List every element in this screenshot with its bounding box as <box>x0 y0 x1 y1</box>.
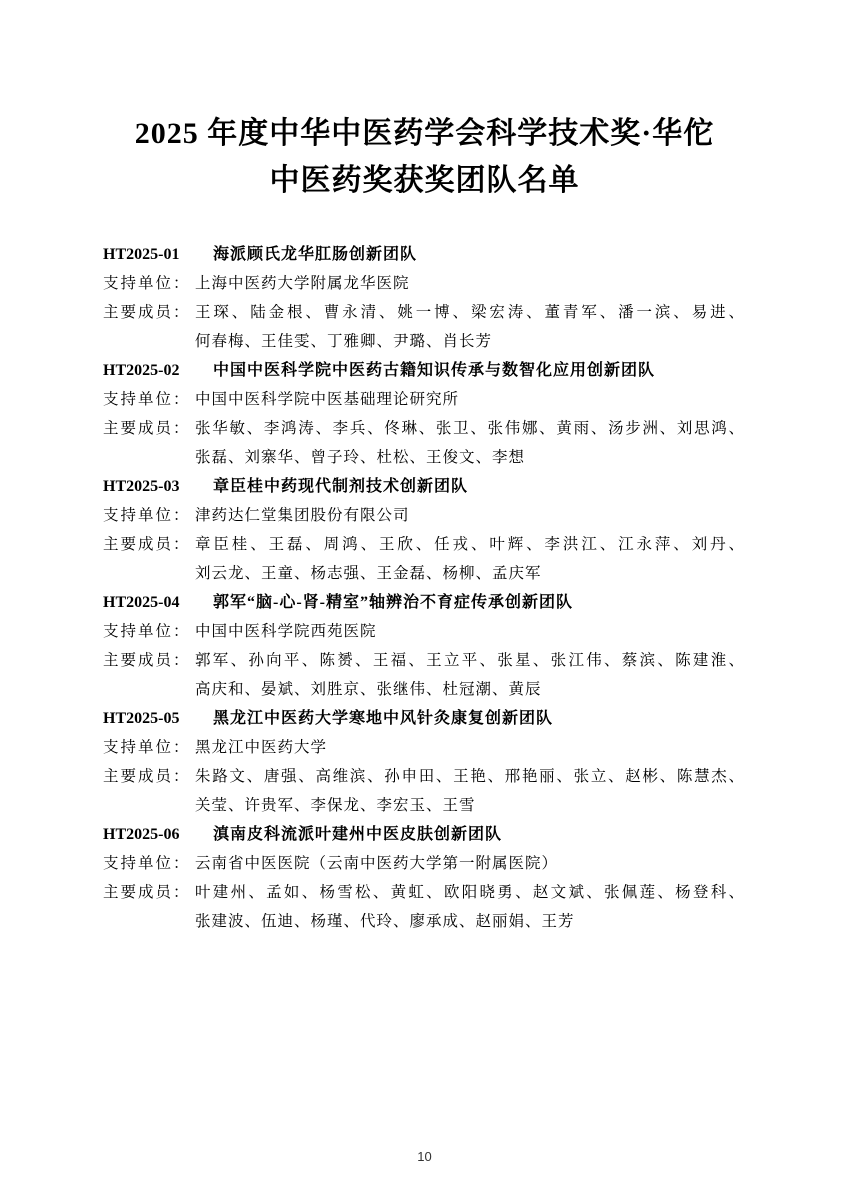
award-entry: HT2025-06 滇南皮科流派叶建州中医皮肤创新团队 支持单位： 云南省中医医… <box>103 820 745 936</box>
members-label: 主要成员： <box>103 530 195 588</box>
entry-team-name: 中国中医科学院中医药古籍知识传承与数智化应用创新团队 <box>213 356 745 385</box>
members-value: 章臣桂、王磊、周鸿、王欣、任戎、叶辉、李洪江、江永萍、刘丹、 刘云龙、王童、杨志… <box>195 530 745 588</box>
members-label: 主要成员： <box>103 878 195 936</box>
support-unit-label: 支持单位： <box>103 501 195 530</box>
support-unit-value: 黑龙江中医药大学 <box>195 733 745 762</box>
members-line-1: 章臣桂、王磊、周鸿、王欣、任戎、叶辉、李洪江、江永萍、刘丹、 <box>195 530 745 559</box>
support-unit-row: 支持单位： 黑龙江中医药大学 <box>103 733 745 762</box>
members-value: 郭军、孙向平、陈赟、王福、王立平、张星、张江伟、蔡滨、陈建淮、 高庆和、晏斌、刘… <box>195 646 745 704</box>
members-label: 主要成员： <box>103 414 195 472</box>
members-line-2: 高庆和、晏斌、刘胜京、张继伟、杜冠潮、黄辰 <box>195 675 745 704</box>
award-entry: HT2025-02 中国中医科学院中医药古籍知识传承与数智化应用创新团队 支持单… <box>103 356 745 472</box>
members-value: 张华敏、李鸿涛、李兵、佟琳、张卫、张伟娜、黄雨、汤步洲、刘思鸿、 张磊、刘寨华、… <box>195 414 745 472</box>
entry-heading: HT2025-04 郭军“脑-心-肾-精室”轴辨治不育症传承创新团队 <box>103 588 745 617</box>
entry-id: HT2025-06 <box>103 820 213 849</box>
support-unit-value: 中国中医科学院中医基础理论研究所 <box>195 385 745 414</box>
entry-id: HT2025-04 <box>103 588 213 617</box>
members-line-2: 何春梅、王佳雯、丁雅卿、尹璐、肖长芳 <box>195 327 745 356</box>
members-value: 朱路文、唐强、高维滨、孙申田、王艳、邢艳丽、张立、赵彬、陈慧杰、 关莹、许贵军、… <box>195 762 745 820</box>
members-line-2: 张磊、刘寨华、曾子玲、杜松、王俊文、李想 <box>195 443 745 472</box>
support-unit-value: 云南省中医医院（云南中医药大学第一附属医院） <box>195 849 745 878</box>
award-list: HT2025-01 海派顾氏龙华肛肠创新团队 支持单位： 上海中医药大学附属龙华… <box>103 240 745 936</box>
support-unit-label: 支持单位： <box>103 849 195 878</box>
members-row: 主要成员： 张华敏、李鸿涛、李兵、佟琳、张卫、张伟娜、黄雨、汤步洲、刘思鸿、 张… <box>103 414 745 472</box>
members-label: 主要成员： <box>103 646 195 704</box>
entry-heading: HT2025-01 海派顾氏龙华肛肠创新团队 <box>103 240 745 269</box>
award-entry: HT2025-05 黑龙江中医药大学寒地中风针灸康复创新团队 支持单位： 黑龙江… <box>103 704 745 820</box>
entry-team-name: 郭军“脑-心-肾-精室”轴辨治不育症传承创新团队 <box>213 588 745 617</box>
members-value: 叶建州、孟如、杨雪松、黄虹、欧阳晓勇、赵文斌、张佩莲、杨登科、 张建波、伍迪、杨… <box>195 878 745 936</box>
entry-heading: HT2025-03 章臣桂中药现代制剂技术创新团队 <box>103 472 745 501</box>
page-number: 10 <box>0 1149 849 1164</box>
support-unit-row: 支持单位： 津药达仁堂集团股份有限公司 <box>103 501 745 530</box>
members-line-2: 刘云龙、王童、杨志强、王金磊、杨柳、孟庆军 <box>195 559 745 588</box>
members-line-1: 王琛、陆金根、曹永清、姚一博、梁宏涛、董青军、潘一滨、易进、 <box>195 298 745 327</box>
support-unit-row: 支持单位： 云南省中医医院（云南中医药大学第一附属医院） <box>103 849 745 878</box>
entry-id: HT2025-01 <box>103 240 213 269</box>
page-title-line-2: 中医药奖获奖团队名单 <box>56 157 793 204</box>
entry-team-name: 黑龙江中医药大学寒地中风针灸康复创新团队 <box>213 704 745 733</box>
support-unit-label: 支持单位： <box>103 269 195 298</box>
members-row: 主要成员： 郭军、孙向平、陈赟、王福、王立平、张星、张江伟、蔡滨、陈建淮、 高庆… <box>103 646 745 704</box>
entry-id: HT2025-05 <box>103 704 213 733</box>
award-entry: HT2025-04 郭军“脑-心-肾-精室”轴辨治不育症传承创新团队 支持单位：… <box>103 588 745 704</box>
award-entry: HT2025-01 海派顾氏龙华肛肠创新团队 支持单位： 上海中医药大学附属龙华… <box>103 240 745 356</box>
page-title: 2025 年度中华中医药学会科学技术奖·华佗 中医药奖获奖团队名单 <box>56 110 793 204</box>
members-row: 主要成员： 章臣桂、王磊、周鸿、王欣、任戎、叶辉、李洪江、江永萍、刘丹、 刘云龙… <box>103 530 745 588</box>
entry-team-name: 滇南皮科流派叶建州中医皮肤创新团队 <box>213 820 745 849</box>
support-unit-label: 支持单位： <box>103 385 195 414</box>
support-unit-row: 支持单位： 中国中医科学院西苑医院 <box>103 617 745 646</box>
entry-team-name: 章臣桂中药现代制剂技术创新团队 <box>213 472 745 501</box>
support-unit-row: 支持单位： 中国中医科学院中医基础理论研究所 <box>103 385 745 414</box>
members-row: 主要成员： 王琛、陆金根、曹永清、姚一博、梁宏涛、董青军、潘一滨、易进、 何春梅… <box>103 298 745 356</box>
members-row: 主要成员： 叶建州、孟如、杨雪松、黄虹、欧阳晓勇、赵文斌、张佩莲、杨登科、 张建… <box>103 878 745 936</box>
page-title-line-1: 2025 年度中华中医药学会科学技术奖·华佗 <box>56 110 793 157</box>
members-line-1: 张华敏、李鸿涛、李兵、佟琳、张卫、张伟娜、黄雨、汤步洲、刘思鸿、 <box>195 414 745 443</box>
entry-heading: HT2025-06 滇南皮科流派叶建州中医皮肤创新团队 <box>103 820 745 849</box>
support-unit-label: 支持单位： <box>103 617 195 646</box>
award-entry: HT2025-03 章臣桂中药现代制剂技术创新团队 支持单位： 津药达仁堂集团股… <box>103 472 745 588</box>
members-label: 主要成员： <box>103 762 195 820</box>
entry-id: HT2025-02 <box>103 356 213 385</box>
support-unit-value: 中国中医科学院西苑医院 <box>195 617 745 646</box>
members-line-1: 郭军、孙向平、陈赟、王福、王立平、张星、张江伟、蔡滨、陈建淮、 <box>195 646 745 675</box>
entry-heading: HT2025-05 黑龙江中医药大学寒地中风针灸康复创新团队 <box>103 704 745 733</box>
support-unit-value: 上海中医药大学附属龙华医院 <box>195 269 745 298</box>
entry-team-name: 海派顾氏龙华肛肠创新团队 <box>213 240 745 269</box>
entry-id: HT2025-03 <box>103 472 213 501</box>
support-unit-row: 支持单位： 上海中医药大学附属龙华医院 <box>103 269 745 298</box>
members-line-2: 关莹、许贵军、李保龙、李宏玉、王雪 <box>195 791 745 820</box>
support-unit-label: 支持单位： <box>103 733 195 762</box>
members-label: 主要成员： <box>103 298 195 356</box>
support-unit-value: 津药达仁堂集团股份有限公司 <box>195 501 745 530</box>
members-row: 主要成员： 朱路文、唐强、高维滨、孙申田、王艳、邢艳丽、张立、赵彬、陈慧杰、 关… <box>103 762 745 820</box>
entry-heading: HT2025-02 中国中医科学院中医药古籍知识传承与数智化应用创新团队 <box>103 356 745 385</box>
members-line-1: 朱路文、唐强、高维滨、孙申田、王艳、邢艳丽、张立、赵彬、陈慧杰、 <box>195 762 745 791</box>
members-line-2: 张建波、伍迪、杨瑾、代玲、廖承成、赵丽娟、王芳 <box>195 907 745 936</box>
members-line-1: 叶建州、孟如、杨雪松、黄虹、欧阳晓勇、赵文斌、张佩莲、杨登科、 <box>195 878 745 907</box>
members-value: 王琛、陆金根、曹永清、姚一博、梁宏涛、董青军、潘一滨、易进、 何春梅、王佳雯、丁… <box>195 298 745 356</box>
